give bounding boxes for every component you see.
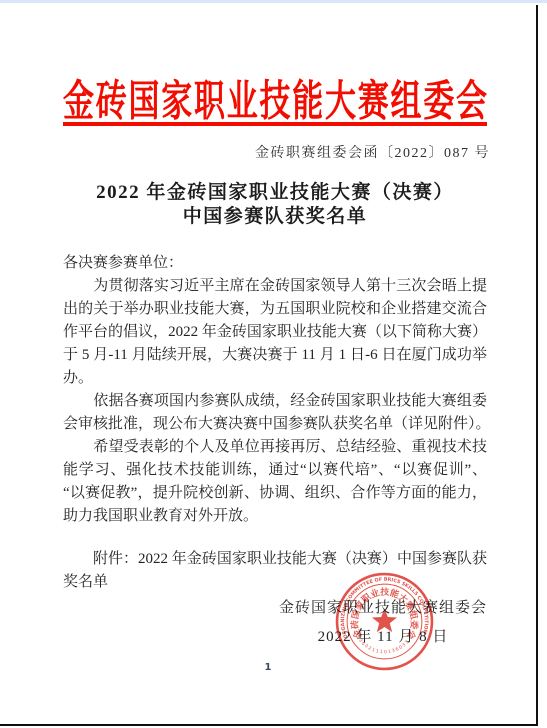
body-line: 助力我国职业教育对外开放。	[63, 505, 487, 528]
scan-top-edge	[0, 0, 547, 3]
paragraph: 为贯彻落实习近平主席在金砖国家领导人第十三次会晤上提出的关于举办职业技能大赛，为…	[63, 275, 487, 390]
body-line: 为贯彻落实习近平主席在金砖国家领导人第十三次会晤上提	[63, 275, 487, 298]
seal-serial-number: 36021110136033	[357, 638, 411, 656]
scan-bottom-edge	[0, 724, 538, 726]
paragraph: 依据各赛项国内参赛队成绩，经金砖国家职业技能大赛组委会审核批准，现公布大赛决赛中…	[63, 390, 487, 436]
body-line: 办。	[63, 367, 487, 390]
document-number: 金砖职赛组委会函〔2022〕087 号	[63, 142, 490, 162]
body-line: 会审核批准，现公布大赛决赛中国参赛队获奖名单（详见附件）。	[63, 413, 487, 436]
body-line: 附件：2022 年金砖国家职业技能大赛（决赛）中国参赛队获	[63, 548, 487, 571]
paragraph: 各决赛参赛单位：	[63, 252, 487, 275]
seal-star-icon	[372, 608, 397, 632]
body-line: “以赛促教”，提升院校创新、协调、组织、合作等方面的能力，	[63, 482, 487, 505]
document-title-line1: 2022 年金砖国家职业技能大赛（决赛）	[63, 181, 487, 205]
body-line: 出的关于举办职业技能大赛，为五国职业院校和企业搭建交流合	[63, 298, 487, 321]
body-line: 作平台的倡议，2022 年金砖国家职业技能大赛（以下简称大赛）	[63, 321, 487, 344]
body-line: 希望受表彰的个人及单位再接再厉、总结经验、重视技术技	[63, 436, 487, 459]
document-page: 金砖国家职业技能大赛组委会 金砖职赛组委会函〔2022〕087 号 2022 年…	[0, 0, 547, 728]
masthead-org-name: 金砖国家职业技能大赛组委会	[63, 66, 487, 129]
body-line: 依据各赛项国内参赛队成绩，经金砖国家职业技能大赛组委	[63, 390, 487, 413]
scan-right-edge	[536, 5, 538, 726]
official-seal-stamp: ORGANIZING COMMITTEE OF BRICS SKILLS COM…	[334, 571, 435, 672]
document-body: 各决赛参赛单位： 为贯彻落实习近平主席在金砖国家领导人第十三次会晤上提出的关于举…	[63, 252, 487, 594]
body-line: 各决赛参赛单位：	[63, 252, 487, 275]
page-number: 1	[258, 662, 278, 673]
document-title: 2022 年金砖国家职业技能大赛（决赛） 中国参赛队获奖名单	[63, 181, 487, 229]
masthead-divider-rule	[63, 122, 487, 126]
paragraph: 希望受表彰的个人及单位再接再厉、总结经验、重视技术技能学习、强化技术技能训练，通…	[63, 436, 487, 528]
body-line: 能学习、强化技术技能训练，通过“以赛代培”、“以赛促训”、	[63, 459, 487, 482]
document-title-line2: 中国参赛队获奖名单	[63, 205, 487, 229]
body-line: 于 5 月-11 月陆续开展，大赛决赛于 11 月 1 日-6 日在厦门成功举	[63, 344, 487, 367]
